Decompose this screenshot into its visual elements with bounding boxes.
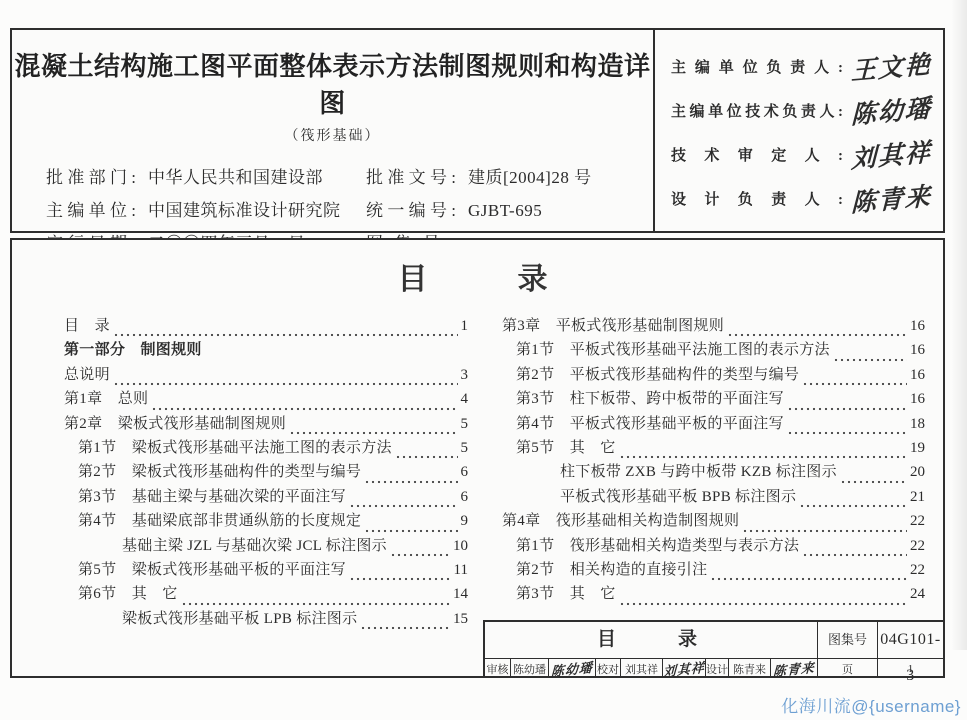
signatory-row: 技术审定人:刘其祥: [671, 132, 933, 176]
toc-entry-page: 16: [910, 387, 925, 411]
signatory-row: 主编单位负责人:王文艳: [671, 44, 933, 88]
toc-entry-label: 第1章 总则: [64, 387, 148, 411]
toc-entry-label: 第4节 基础梁底部非贯通纵筋的长度规定: [78, 509, 361, 533]
titleblock-cell: 1: [877, 659, 943, 678]
toc-entry-label: 第2节 平板式筏形基础构件的类型与编号: [516, 363, 799, 387]
dotted-leader: [360, 624, 450, 631]
approval-dept-value: 中华人民共和国建设部: [148, 161, 323, 194]
toc-entry-label: 柱下板带 ZXB 与跨中板带 KZB 标注图示: [560, 460, 837, 484]
toc-entry-page: 16: [910, 338, 925, 362]
approval-dept-label: 批准部门:: [46, 161, 136, 194]
toc-entry: 第1节 平板式筏形基础平法施工图的表示方法16: [502, 338, 925, 362]
toc-entry: 第2节 梁板式筏形基础构件的类型与编号6: [64, 460, 468, 484]
toc-entry-page: 6: [461, 485, 469, 509]
toc-entry: 第3节 其 它24: [502, 582, 925, 606]
toc-right-column: 第3章 平板式筏形基础制图规则16第1节 平板式筏形基础平法施工图的表示方法16…: [502, 314, 925, 631]
dotted-leader: [395, 453, 458, 460]
toc-entry-label: 基础主梁 JZL 与基础次梁 JCL 标注图示: [122, 534, 387, 558]
toc-entry: 第2节 相关构造的直接引注22: [502, 558, 925, 582]
toc-entry: 目 录1: [64, 314, 468, 338]
signatory-role-label: 设计负责人:: [671, 188, 843, 209]
handwritten-signature: 陈幼璠: [551, 657, 593, 681]
toc-entry-label: 第1节 梁板式筏形基础平法施工图的表示方法: [78, 436, 392, 460]
handwritten-signature: 刘其祥: [663, 657, 705, 681]
toc-entry-label: 第6节 其 它: [78, 582, 178, 606]
toc-entry-page: 16: [910, 363, 925, 387]
document-subtitle: （筏形基础）: [12, 125, 653, 145]
toc-entry: 第5节 其 它19: [502, 436, 925, 460]
drawing-titleblock: 目 录 图集号 04G101-3 审核陈幼璠陈幼璠校对刘其祥刘其祥设计陈青来陈青…: [483, 620, 945, 678]
document-title: 混凝土结构施工图平面整体表示方法制图规则和构造详图: [12, 46, 653, 120]
toc-entry-page: 4: [461, 387, 469, 411]
dotted-leader: [833, 356, 907, 363]
dotted-leader: [619, 600, 907, 607]
toc-entry: 第4节 基础梁底部非贯通纵筋的长度规定9: [64, 509, 468, 533]
toc-entry: 柱下板带 ZXB 与跨中板带 KZB 标注图示20: [502, 460, 925, 484]
watermark: 化海川流@{username}: [781, 692, 961, 717]
dotted-leader: [619, 453, 907, 460]
handwritten-signature: 陈青来: [851, 176, 932, 219]
dotted-leader: [364, 478, 457, 485]
toc-entry-label: 第2节 相关构造的直接引注: [516, 558, 707, 582]
handwritten-signature: 陈青来: [773, 657, 815, 681]
dotted-leader: [802, 380, 907, 387]
toc-entry-page: 5: [461, 412, 469, 436]
toc-entry-label: 总说明: [64, 363, 110, 387]
editor-unit-label: 主编单位:: [46, 194, 136, 227]
toc-entry-label: 第4章 筏形基础相关构造制图规则: [502, 509, 739, 533]
dotted-leader: [181, 600, 450, 607]
toc-entry-page: 21: [910, 485, 925, 509]
atlas-number-value: 04G101-3: [877, 622, 943, 658]
dotted-leader: [113, 380, 458, 387]
titleblock-cell: 审核: [485, 659, 510, 678]
titleblock-signature-cell: 陈青来: [770, 659, 817, 678]
toc-entry: 第3节 柱下板带、跨中板带的平面注写16: [502, 387, 925, 411]
toc-entry: 第6节 其 它14: [64, 582, 468, 606]
unified-no-value: GJBT-695: [468, 194, 542, 227]
toc-entry-label: 第2章 梁板式筏形基础制图规则: [64, 412, 286, 436]
dotted-leader: [799, 502, 907, 509]
info-row: 批准部门: 中华人民共和国建设部 批准文号: 建质[2004]28 号: [46, 161, 653, 194]
toc-entry: 第3章 平板式筏形基础制图规则16: [502, 314, 925, 338]
dotted-leader: [742, 527, 907, 534]
dotted-leader: [710, 575, 907, 582]
toc-entry-page: 11: [454, 558, 468, 582]
dotted-leader: [787, 405, 907, 412]
toc-entry-label: 目 录: [64, 314, 110, 338]
toc-entry-page: 3: [461, 363, 469, 387]
toc-entry-page: 24: [910, 582, 925, 606]
toc-entry-label: 第1节 平板式筏形基础平法施工图的表示方法: [516, 338, 830, 362]
toc-columns: 目 录1第一部分 制图规则总说明3第1章 总则4第2章 梁板式筏形基础制图规则5…: [12, 314, 943, 631]
titleblock-cell: 刘其祥: [620, 659, 662, 678]
toc-entry-page: 20: [910, 460, 925, 484]
dotted-leader: [802, 551, 907, 558]
signatory-role-label: 主编单位技术负责人:: [671, 100, 843, 121]
titleblock-cell: 陈幼璠: [510, 659, 548, 678]
dotted-leader: [364, 527, 457, 534]
toc-entry-page: 18: [910, 412, 925, 436]
signatory-row: 设计负责人:陈青来: [671, 176, 933, 220]
toc-entry-label: 第3节 柱下板带、跨中板带的平面注写: [516, 387, 784, 411]
header-title-section: 混凝土结构施工图平面整体表示方法制图规则和构造详图 （筏形基础） 批准部门: 中…: [12, 30, 655, 231]
toc-entry-label: 第3章 平板式筏形基础制图规则: [502, 314, 724, 338]
toc-entry-label: 平板式筏形基础平板 BPB 标注图示: [560, 485, 796, 509]
titleblock-row-1: 目 录 图集号 04G101-3: [485, 622, 943, 659]
titleblock-row-2: 审核陈幼璠陈幼璠校对刘其祥刘其祥设计陈青来陈青来页1: [485, 659, 943, 678]
signature-panel: 主编单位负责人:王文艳主编单位技术负责人:陈幼璠技术审定人:刘其祥设计负责人:陈…: [655, 30, 943, 231]
titleblock-signature-cell: 陈幼璠: [548, 659, 595, 678]
info-row: 主编单位: 中国建筑标准设计研究院 统一编号: GJBT-695: [46, 194, 653, 227]
toc-entry: 第4章 筏形基础相关构造制图规则22: [502, 509, 925, 533]
titleblock-sheet-title: 目 录: [485, 622, 817, 658]
toc-entry-label: 第5节 其 它: [516, 436, 616, 460]
toc-entry: 第3节 基础主梁与基础次梁的平面注写6: [64, 485, 468, 509]
signatory-row: 主编单位技术负责人:陈幼璠: [671, 88, 933, 132]
dotted-leader: [390, 551, 450, 558]
dotted-leader: [840, 478, 907, 485]
titleblock-cell: 页: [817, 659, 877, 678]
dotted-leader: [787, 429, 907, 436]
dotted-leader: [349, 575, 451, 582]
toc-entry: 第4节 平板式筏形基础平板的平面注写18: [502, 412, 925, 436]
titleblock-cell: 陈青来: [728, 659, 770, 678]
toc-entry: 基础主梁 JZL 与基础次梁 JCL 标注图示10: [64, 534, 468, 558]
dotted-leader: [289, 429, 457, 436]
toc-entry-label: 第2节 梁板式筏形基础构件的类型与编号: [78, 460, 361, 484]
dotted-leader: [349, 502, 458, 509]
toc-entry: 第1节 梁板式筏形基础平法施工图的表示方法5: [64, 436, 468, 460]
toc-entry-page: 9: [461, 509, 469, 533]
toc-entry-page: 22: [910, 558, 925, 582]
toc-entry: 第2节 平板式筏形基础构件的类型与编号16: [502, 363, 925, 387]
handwritten-signature: 刘其祥: [851, 132, 932, 175]
atlas-number-label: 图集号: [817, 622, 877, 658]
scanned-document-page: 混凝土结构施工图平面整体表示方法制图规则和构造详图 （筏形基础） 批准部门: 中…: [0, 0, 967, 720]
toc-entry-page: 1: [461, 314, 469, 338]
toc-entry-label: 第5节 梁板式筏形基础平板的平面注写: [78, 558, 346, 582]
toc-entry: 平板式筏形基础平板 BPB 标注图示21: [502, 485, 925, 509]
toc-entry: 第2章 梁板式筏形基础制图规则5: [64, 412, 468, 436]
dotted-leader: [151, 405, 457, 412]
toc-entry-label: 第1节 筏形基础相关构造类型与表示方法: [516, 534, 799, 558]
unified-no-label: 统一编号:: [366, 194, 456, 227]
toc-entry: 梁板式筏形基础平板 LPB 标注图示15: [64, 607, 468, 631]
toc-entry-page: 15: [453, 607, 468, 631]
toc-entry-page: 22: [910, 509, 925, 533]
toc-entry-page: 10: [453, 534, 468, 558]
signatory-role-label: 主编单位负责人:: [671, 56, 843, 77]
toc-entry-page: 14: [453, 582, 468, 606]
toc-entry-page: 16: [910, 314, 925, 338]
toc-left-column: 目 录1第一部分 制图规则总说明3第1章 总则4第2章 梁板式筏形基础制图规则5…: [64, 314, 468, 631]
toc-entry-label: 第4节 平板式筏形基础平板的平面注写: [516, 412, 784, 436]
toc-entry: 第5节 梁板式筏形基础平板的平面注写11: [64, 558, 468, 582]
scan-edge-shadow: [951, 0, 967, 650]
toc-entry-label: 第一部分 制图规则: [64, 338, 202, 362]
toc-entry: 第1章 总则4: [64, 387, 468, 411]
toc-entry-page: 19: [910, 436, 925, 460]
titleblock-cell: 设计: [705, 659, 728, 678]
toc-entry-page: 6: [461, 460, 469, 484]
toc-entry-label: 梁板式筏形基础平板 LPB 标注图示: [122, 607, 357, 631]
titleblock-cell: 校对: [595, 659, 620, 678]
editor-unit-value: 中国建筑标准设计研究院: [148, 194, 341, 227]
toc-entry: 总说明3: [64, 363, 468, 387]
toc-entry: 第1节 筏形基础相关构造类型与表示方法22: [502, 534, 925, 558]
dotted-leader: [727, 331, 907, 338]
toc-box: 目 录 目 录1第一部分 制图规则总说明3第1章 总则4第2章 梁板式筏形基础制…: [10, 238, 945, 678]
signatory-role-label: 技术审定人:: [671, 144, 843, 165]
toc-entry-page: 5: [461, 436, 469, 460]
toc-entry-label: 第3节 其 它: [516, 582, 616, 606]
dotted-leader: [113, 331, 458, 338]
titleblock-signature-cell: 刘其祥: [662, 659, 705, 678]
approval-doc-value: 建质[2004]28 号: [468, 161, 592, 194]
toc-entry-label: 第3节 基础主梁与基础次梁的平面注写: [78, 485, 346, 509]
handwritten-signature: 王文艳: [851, 44, 932, 87]
toc-heading: 目 录: [12, 254, 943, 298]
approval-doc-label: 批准文号:: [366, 161, 456, 194]
toc-entry-page: 22: [910, 534, 925, 558]
document-header-box: 混凝土结构施工图平面整体表示方法制图规则和构造详图 （筏形基础） 批准部门: 中…: [10, 28, 945, 233]
handwritten-signature: 陈幼璠: [851, 88, 932, 131]
toc-entry: 第一部分 制图规则: [64, 338, 468, 362]
